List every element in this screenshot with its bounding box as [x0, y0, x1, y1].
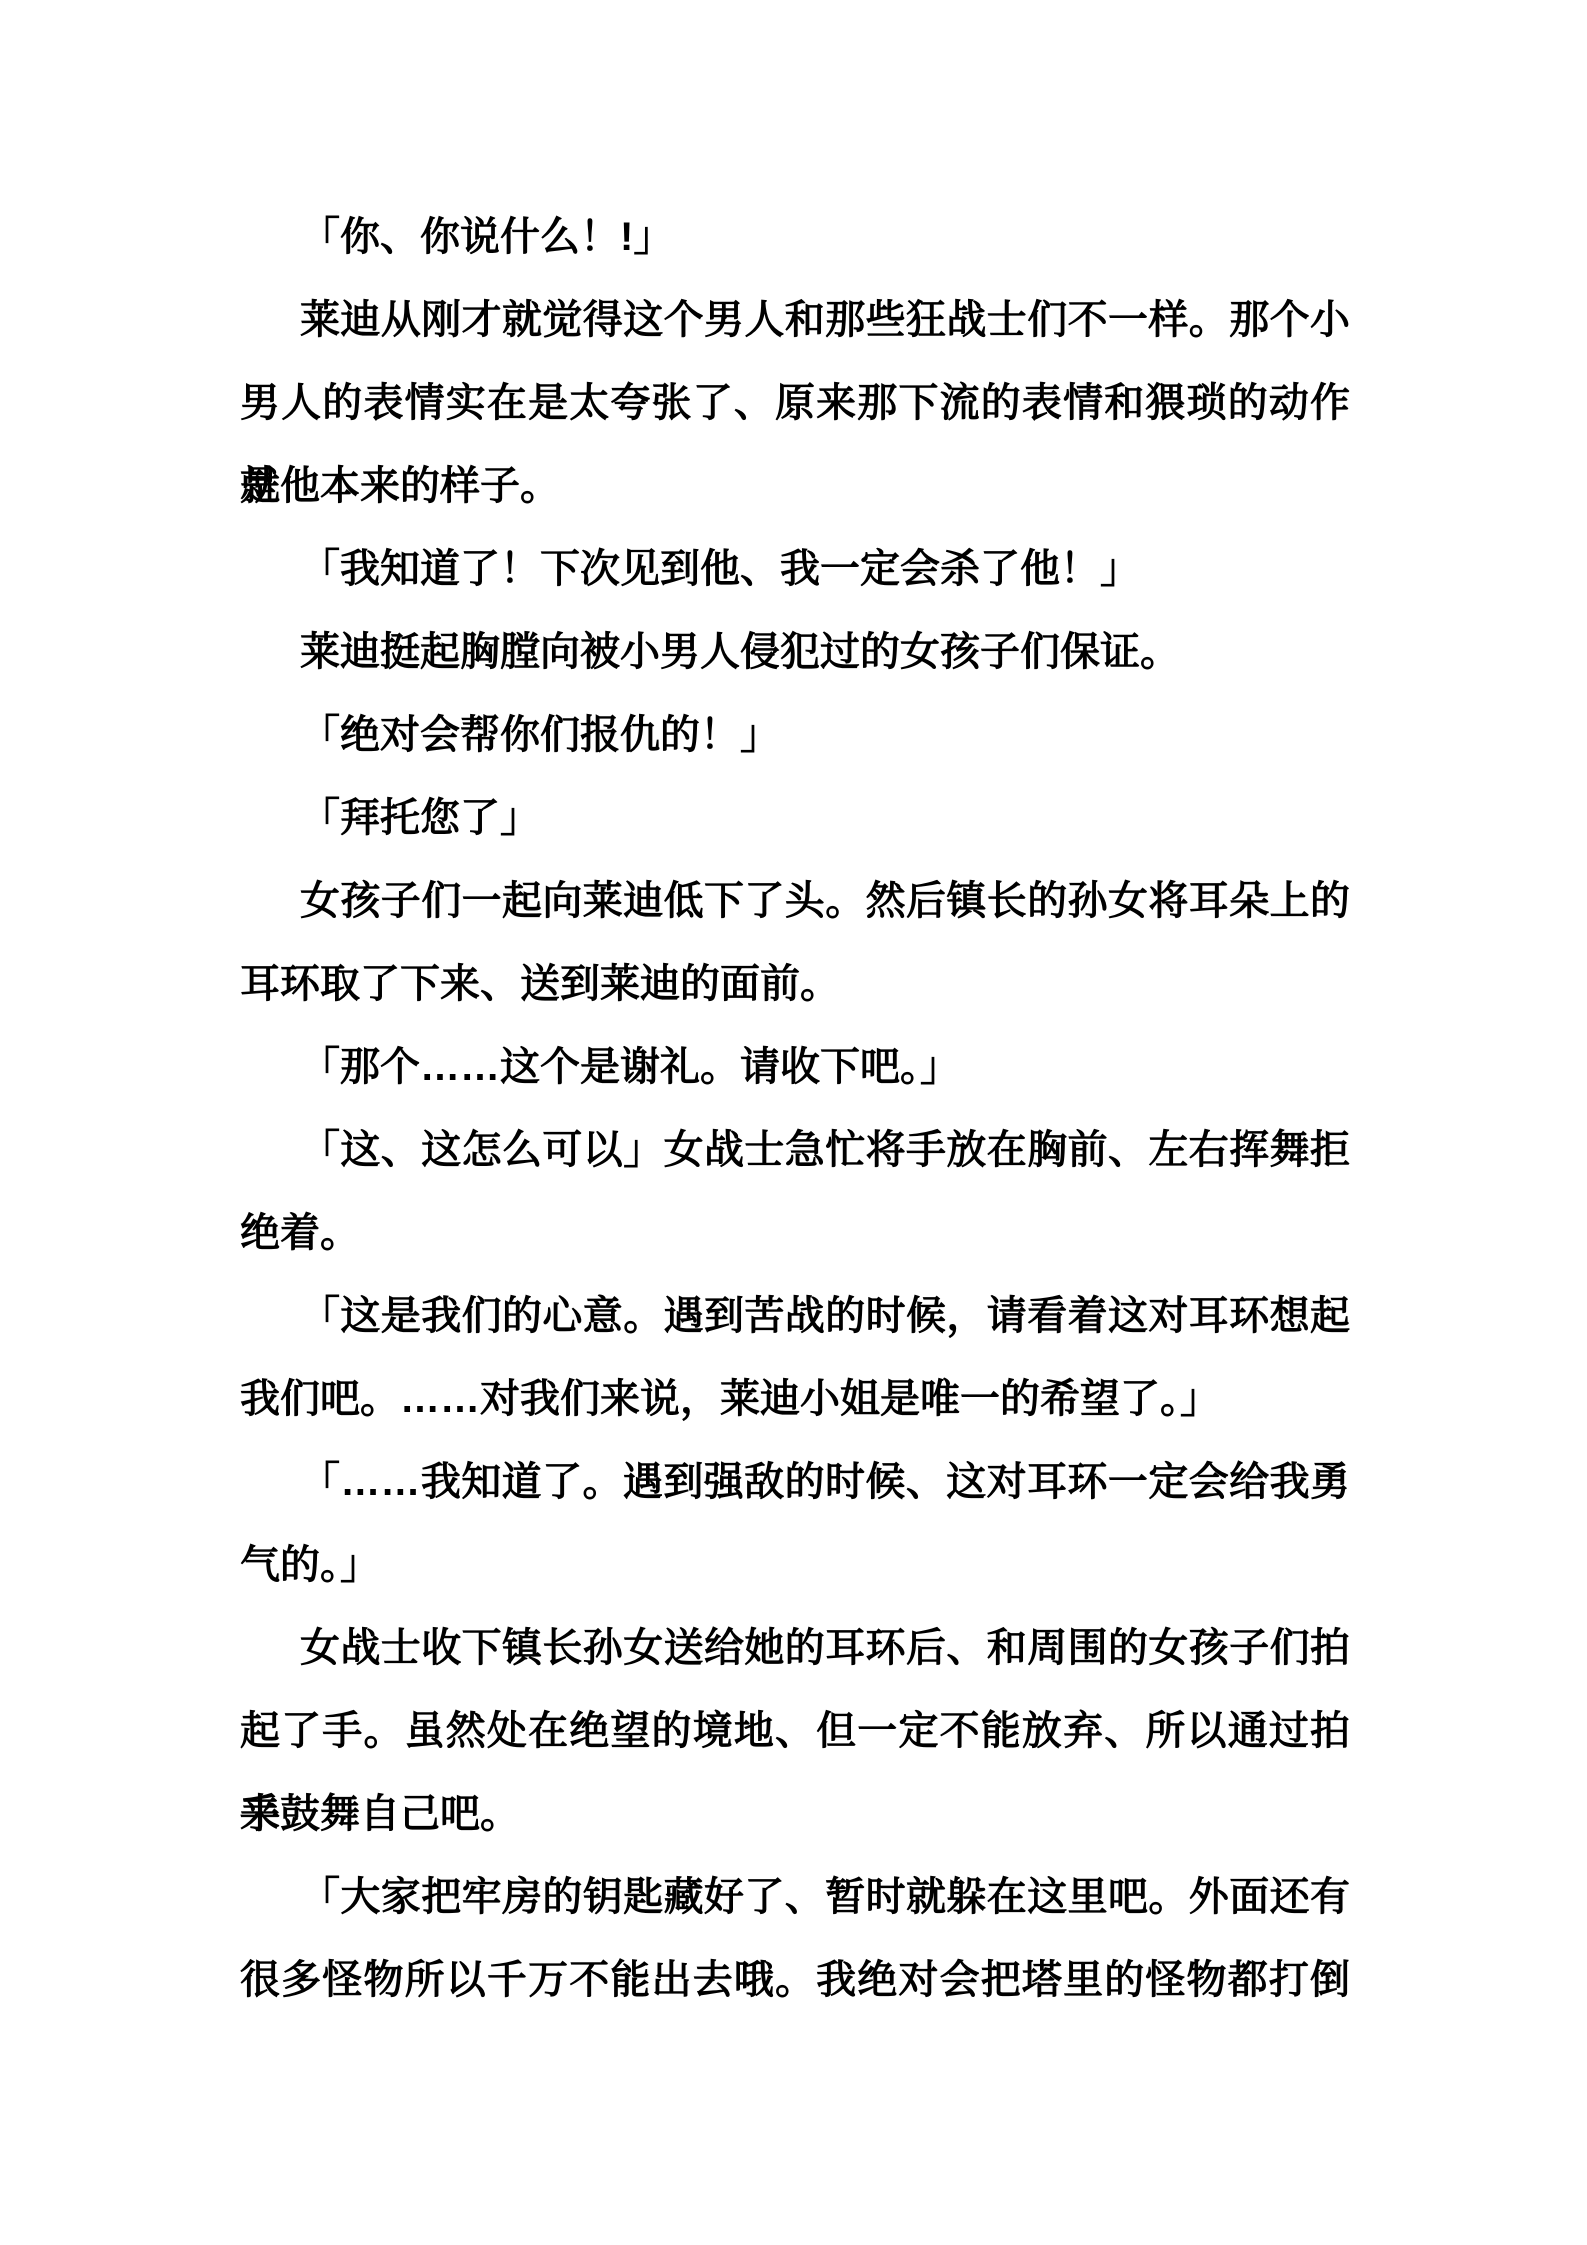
text-line: 莱迪从刚才就觉得这个男人和那些狂战士们不一样。那个小	[240, 279, 1350, 362]
text-line: 来鼓舞自己吧。	[240, 1773, 1350, 1856]
text-line: 女孩子们一起向莱迪低下了头。然后镇长的孙女将耳朵上的	[240, 860, 1350, 943]
text-line: 「大家把牢房的钥匙藏好了、暂时就躲在这里吧。外面还有	[240, 1856, 1350, 1939]
novel-text-block: 「你、你说什么！!」莱迪从刚才就觉得这个男人和那些狂战士们不一样。那个小男人的表…	[240, 196, 1350, 2022]
text-line: 是他本来的样子。	[240, 445, 1350, 528]
text-line: 「……我知道了。遇到强敌的时候、这对耳环一定会给我勇	[240, 1441, 1350, 1524]
document-page: 「你、你说什么！!」莱迪从刚才就觉得这个男人和那些狂战士们不一样。那个小男人的表…	[0, 0, 1587, 2245]
text-line: 「那个……这个是谢礼。请收下吧。」	[240, 1026, 1350, 1109]
text-line: 「你、你说什么！!」	[240, 196, 1350, 279]
text-line: 「绝对会帮你们报仇的！」	[240, 694, 1350, 777]
text-line: 气的。」	[240, 1524, 1350, 1607]
text-line: 起了手。虽然处在绝望的境地、但一定不能放弃、所以通过拍手	[240, 1690, 1350, 1773]
text-line: 耳环取了下来、送到莱迪的面前。	[240, 943, 1350, 1026]
text-line: 很多怪物所以千万不能出去哦。我绝对会把塔里的怪物都打倒	[240, 1939, 1350, 2022]
text-line: 「这是我们的心意。遇到苦战的时候，请看着这对耳环想起	[240, 1275, 1350, 1358]
text-line: 「我知道了！下次见到他、我一定会杀了他！」	[240, 528, 1350, 611]
text-line: 女战士收下镇长孙女送给她的耳环后、和周围的女孩子们拍	[240, 1607, 1350, 1690]
text-line: 「拜托您了」	[240, 777, 1350, 860]
text-line: 「这、这怎么可以」女战士急忙将手放在胸前、左右挥舞拒	[240, 1109, 1350, 1192]
text-line: 莱迪挺起胸膛向被小男人侵犯过的女孩子们保证。	[240, 611, 1350, 694]
text-line: 绝着。	[240, 1192, 1350, 1275]
text-line: 男人的表情实在是太夸张了、原来那下流的表情和猥琐的动作就	[240, 362, 1350, 445]
text-line: 我们吧。……对我们来说，莱迪小姐是唯一的希望了。」	[240, 1358, 1350, 1441]
